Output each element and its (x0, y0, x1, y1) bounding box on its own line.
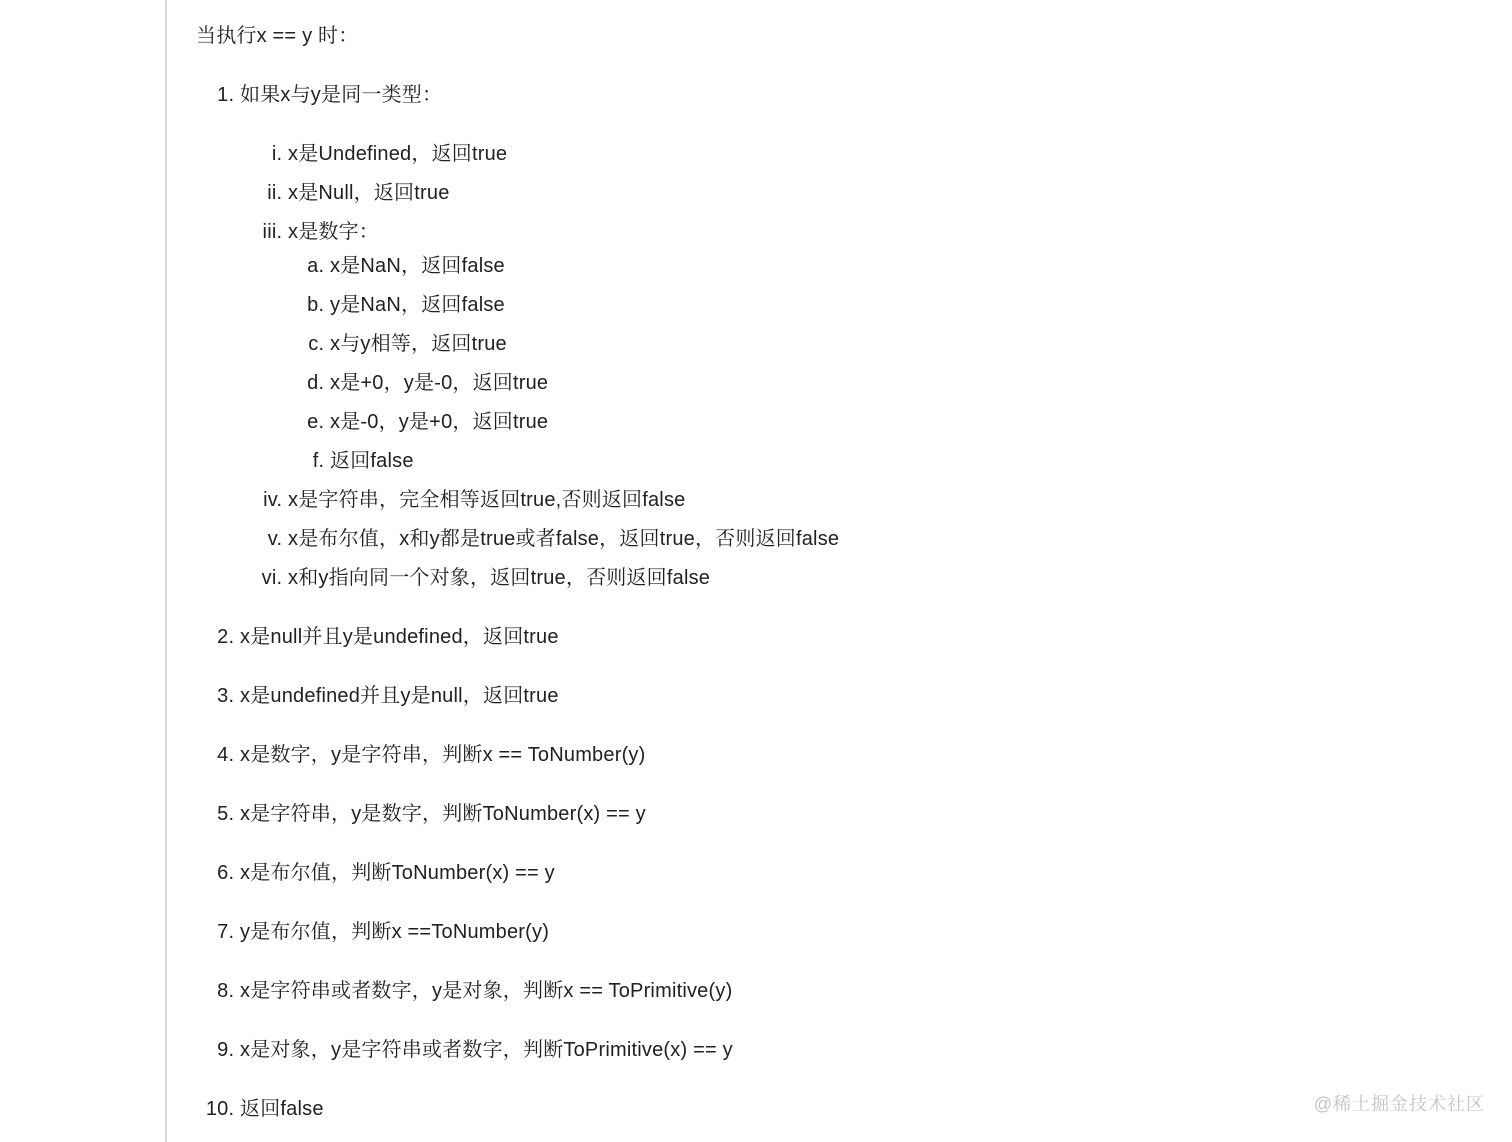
case-item-text: x是-0，y是+0，返回true (330, 411, 548, 433)
step-item-2: x是null并且y是undefined，返回true (240, 624, 839, 650)
left-border-line (165, 0, 167, 1142)
case-item-b: y是NaN，返回false (330, 292, 839, 318)
intro-paragraph: 当执行x == y 时： (196, 23, 839, 49)
case-item-d: x是+0，y是-0，返回true (330, 370, 839, 396)
step-text: x是布尔值，判断ToNumber(x) == y (240, 862, 555, 884)
step-item-7: y是布尔值，判断x ==ToNumber(y) (240, 919, 839, 945)
step-text: x是字符串或者数字，y是对象，判断x == ToPrimitive(y) (240, 980, 732, 1002)
sub-item-iv: x是字符串，完全相等返回true,否则返回false (288, 487, 839, 513)
step-item-3: x是undefined并且y是null，返回true (240, 683, 839, 709)
article-content: 当执行x == y 时： 如果x与y是同一类型： x是Undefined，返回t… (196, 23, 839, 1122)
case-item-a: x是NaN，返回false (330, 253, 839, 279)
step-text: x是数字，y是字符串，判断x == ToNumber(y) (240, 744, 646, 766)
step-item-9: x是对象，y是字符串或者数字，判断ToPrimitive(x) == y (240, 1037, 839, 1063)
step-item-5: x是字符串，y是数字，判断ToNumber(x) == y (240, 801, 839, 827)
sub-item-text: x是Undefined，返回true (288, 143, 507, 165)
step-text: x是undefined并且y是null，返回true (240, 685, 559, 707)
same-type-sublist: x是Undefined，返回true x是Null，返回true x是数字： x… (240, 141, 839, 591)
sub-item-v: x是布尔值，x和y都是true或者false，返回true，否则返回false (288, 526, 839, 552)
case-item-text: x与y相等，返回true (330, 333, 507, 355)
steps-list: 如果x与y是同一类型： x是Undefined，返回true x是Null，返回… (196, 82, 839, 1122)
case-item-text: x是+0，y是-0，返回true (330, 372, 548, 394)
step-item-1: 如果x与y是同一类型： x是Undefined，返回true x是Null，返回… (240, 82, 839, 591)
sub-item-i: x是Undefined，返回true (288, 141, 839, 167)
step-text: y是布尔值，判断x ==ToNumber(y) (240, 921, 549, 943)
watermark: @稀土掘金技术社区 (1314, 1094, 1485, 1114)
sub-item-text: x和y指向同一个对象，返回true，否则返回false (288, 567, 710, 589)
step-item-8: x是字符串或者数字，y是对象，判断x == ToPrimitive(y) (240, 978, 839, 1004)
step-item-10: 返回false (240, 1096, 839, 1122)
sub-item-text: x是数字： (288, 221, 379, 243)
case-item-text: x是NaN，返回false (330, 255, 505, 277)
sub-item-iii: x是数字： x是NaN，返回false y是NaN，返回false x与y相等，… (288, 219, 839, 474)
case-item-f: 返回false (330, 448, 839, 474)
case-item-text: 返回false (330, 450, 414, 472)
case-item-c: x与y相等，返回true (330, 331, 839, 357)
step-text: 返回false (240, 1098, 324, 1120)
sub-item-text: x是Null，返回true (288, 182, 450, 204)
step-text: x是null并且y是undefined，返回true (240, 626, 559, 648)
number-cases-sublist: x是NaN，返回false y是NaN，返回false x与y相等，返回true… (288, 253, 839, 474)
case-item-text: y是NaN，返回false (330, 294, 505, 316)
sub-item-ii: x是Null，返回true (288, 180, 839, 206)
sub-item-text: x是布尔值，x和y都是true或者false，返回true，否则返回false (288, 528, 839, 550)
step-item-4: x是数字，y是字符串，判断x == ToNumber(y) (240, 742, 839, 768)
step-item-6: x是布尔值，判断ToNumber(x) == y (240, 860, 839, 886)
case-item-e: x是-0，y是+0，返回true (330, 409, 839, 435)
step-text: x是对象，y是字符串或者数字，判断ToPrimitive(x) == y (240, 1039, 733, 1061)
step-text: x是字符串，y是数字，判断ToNumber(x) == y (240, 803, 646, 825)
page-root: 当执行x == y 时： 如果x与y是同一类型： x是Undefined，返回t… (0, 0, 1512, 1142)
step-text: 如果x与y是同一类型： (240, 84, 442, 106)
sub-item-text: x是字符串，完全相等返回true,否则返回false (288, 489, 685, 511)
sub-item-vi: x和y指向同一个对象，返回true，否则返回false (288, 565, 839, 591)
